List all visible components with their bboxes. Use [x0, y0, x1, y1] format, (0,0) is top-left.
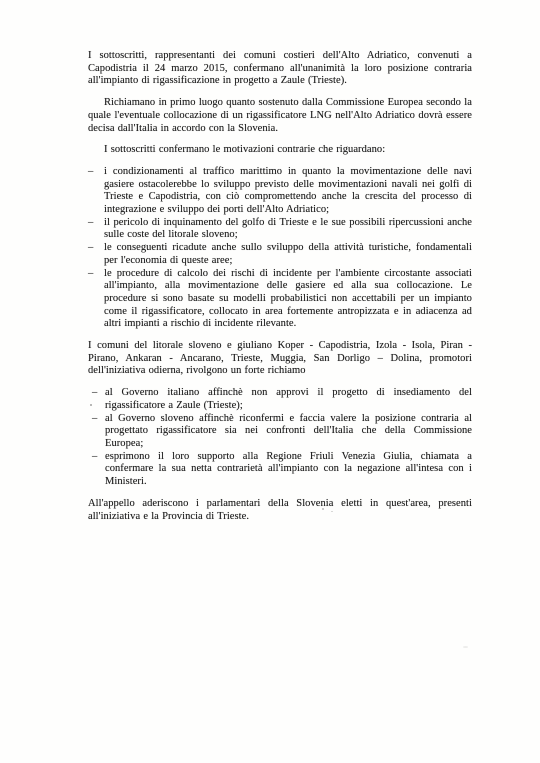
list-item-text: esprimono il loro supporto alla Regione …	[105, 451, 472, 489]
list-item: – le conseguenti ricadute anche sullo sv…	[88, 242, 472, 267]
appeals-list: – al Governo italiano affinchè non appro…	[88, 387, 472, 489]
scan-speck	[331, 511, 333, 512]
paragraph-intro: I sottoscritti, rappresentanti dei comun…	[88, 50, 472, 88]
dash-bullet: –	[88, 242, 104, 255]
dash-bullet: –	[88, 166, 104, 179]
document-body: I sottoscritti, rappresentanti dei comun…	[88, 50, 472, 532]
list-item-text: le procedure di calcolo dei rischi di in…	[104, 268, 472, 332]
list-item: – i condizionamenti al traffico marittim…	[88, 166, 472, 217]
list-item: – esprimono il loro supporto alla Region…	[92, 451, 472, 489]
scan-speck	[90, 404, 92, 406]
dash-bullet: –	[88, 217, 104, 230]
scan-speck	[322, 508, 324, 510]
paragraph-comuni: I comuni del litorale sloveno e giuliano…	[88, 340, 472, 378]
paragraph-motivations-lead: I sottoscritti confermano le motivazioni…	[88, 144, 472, 157]
paragraph-richiamo: Richiamano in primo luogo quanto sostenu…	[88, 97, 472, 135]
dash-bullet: –	[92, 451, 105, 464]
list-item-text: il pericolo di inquinamento del golfo di…	[104, 217, 472, 242]
paragraph-closing: All'appello aderiscono i parlamentari de…	[88, 498, 472, 523]
scanned-document-page: I sottoscritti, rappresentanti dei comun…	[0, 0, 540, 763]
dash-bullet: –	[92, 413, 105, 426]
dash-bullet: –	[92, 387, 105, 400]
list-item: – le procedure di calcolo dei rischi di …	[88, 268, 472, 332]
list-item: – al Governo italiano affinchè non appro…	[92, 387, 472, 412]
scan-speck	[463, 646, 468, 648]
list-item-text: al Governo italiano affinchè non approvi…	[105, 387, 472, 412]
list-item: – al Governo sloveno affinchè riconfermi…	[92, 413, 472, 451]
list-item-text: al Governo sloveno affinchè riconfermi e…	[105, 413, 472, 451]
list-item-text: le conseguenti ricadute anche sullo svil…	[104, 242, 472, 267]
motivations-list: – i condizionamenti al traffico marittim…	[88, 166, 472, 331]
scan-speck	[301, 146, 303, 148]
dash-bullet: –	[88, 268, 104, 281]
list-item-text: i condizionamenti al traffico marittimo …	[104, 166, 472, 217]
list-item: – il pericolo di inquinamento del golfo …	[88, 217, 472, 242]
